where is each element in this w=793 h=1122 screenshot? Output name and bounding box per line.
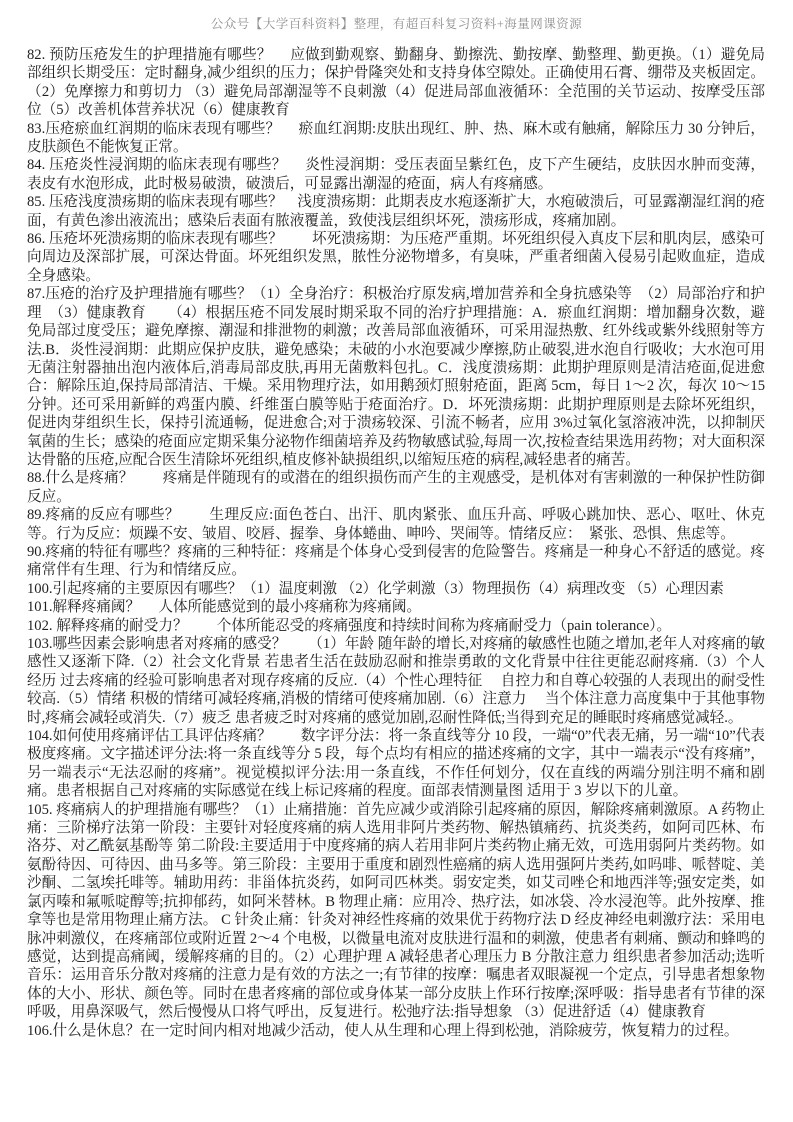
qa-paragraph: 104.如何使用疼痛评估工具评估疼痛？ 数字评分法：将一条直线等分 10 段，一… — [27, 727, 765, 801]
qa-paragraph: 105. 疼痛病人的护理措施有哪些？（1）止痛措施：首先应减少或消除引起疼痛的原… — [27, 801, 765, 1022]
qa-paragraph: 85. 压疮浅度溃疡期的临床表现有哪些？ 浅度溃疡期：此期表皮水疱逐渐扩大，水疱… — [27, 193, 765, 230]
qa-paragraph: 103.哪些因素会影响患者对疼痛的感受？ （1）年龄 随年龄的增长,对疼痛的敏感… — [27, 635, 765, 727]
qa-paragraph: 87.压疮的治疗及护理措施有哪些？（1）全身治疗：积极治疗原发病,增加营养和全身… — [27, 285, 765, 469]
qa-paragraph: 100.引起疼痛的主要原因有哪些？（1）温度刺激 （2）化学刺激（3）物理损伤（… — [27, 580, 765, 598]
document-body: 82. 预防压疮发生的护理措施有哪些？ 应做到勤观察、勤翻身、勤擦洗、勤按摩、勤… — [0, 32, 793, 1040]
qa-paragraph: 88.什么是疼痛？ 疼痛是伴随现有的或潜在的组织损伤而产生的主观感受，是机体对有… — [27, 469, 765, 506]
qa-paragraph: 89.疼痛的反应有哪些？ 生理反应:面色苍白、出汗、肌肉紧张、血压升高、呼吸心跳… — [27, 506, 765, 543]
document-page: 公众号【大学百科资料】整理，有超百科复习资料+海量网课资源 82. 预防压疮发生… — [0, 0, 793, 1122]
qa-paragraph: 83.压疮瘀血红润期的临床表现有哪些？ 瘀血红润期:皮肤出现红、肿、热、麻木或有… — [27, 120, 765, 157]
page-header: 公众号【大学百科资料】整理，有超百科复习资料+海量网课资源 — [0, 0, 793, 32]
qa-paragraph: 106.什么是休息？在一定时间内相对地减少活动，使人从生理和心理上得到松弛，消除… — [27, 1022, 765, 1040]
qa-paragraph: 102. 解释疼痛的耐受力？ 个体所能忍受的疼痛强度和持续时间称为疼痛耐受力（p… — [27, 617, 765, 635]
qa-paragraph: 86. 压疮坏死溃疡期的临床表现有哪些？ 坏死溃疡期：为压疮严重期。坏死组织侵入… — [27, 230, 765, 285]
qa-paragraph: 82. 预防压疮发生的护理措施有哪些？ 应做到勤观察、勤翻身、勤擦洗、勤按摩、勤… — [27, 46, 765, 120]
qa-paragraph: 84. 压疮炎性浸润期的临床表现有哪些？ 炎性浸润期：受压表面呈紫红色，皮下产生… — [27, 156, 765, 193]
qa-paragraph: 90.疼痛的特征有哪些？疼痛的三种特征：疼痛是个体身心受到侵害的危险警告。疼痛是… — [27, 543, 765, 580]
qa-paragraph: 101.解释疼痛阈？ 人体所能感觉到的最小疼痛称为疼痛阈。 — [27, 598, 765, 616]
